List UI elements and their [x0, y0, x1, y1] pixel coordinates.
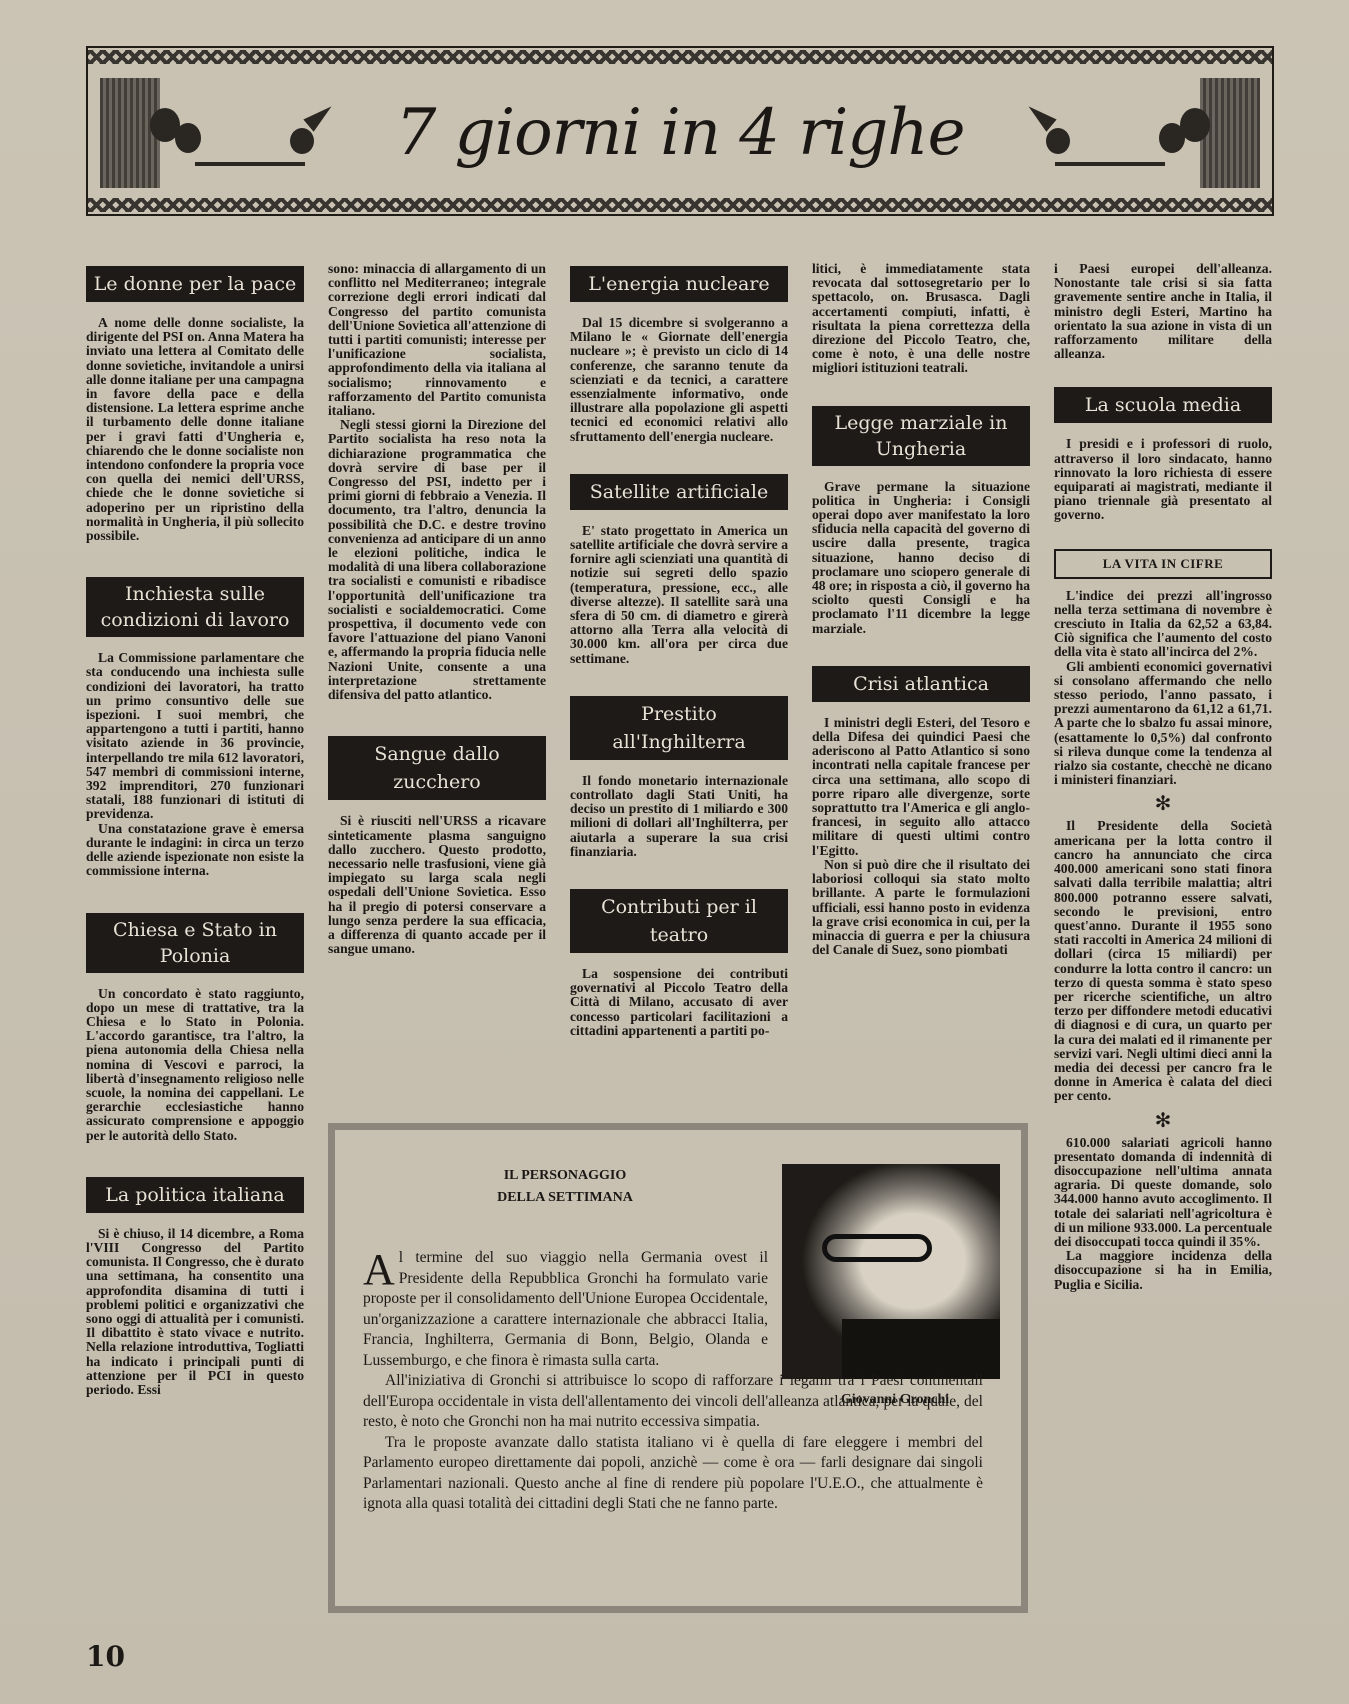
magazine-page: 7 giorni in 4 righe Le donne per la pace…: [0, 0, 1349, 1704]
article-text-continued: sono: minaccia di allargamento di un con…: [328, 262, 546, 418]
zigzag-border-top: [88, 50, 1272, 64]
article-text: A nome delle donne socialiste, la dirige…: [86, 316, 304, 543]
article-ungheria: Legge marziale in Ungheria Grave permane…: [812, 406, 1030, 636]
article-scuola: La scuola media I presidi e i professori…: [1054, 387, 1272, 522]
article-heading: Le donne per la pace: [86, 266, 304, 302]
article-text: Dal 15 dicembre si svolgeranno a Milano …: [570, 316, 788, 444]
article-sangue: Sangue dallo zucchero Si è riusciti nell…: [328, 736, 546, 956]
article-heading: Contributi per il teatro: [570, 889, 788, 953]
article-teatro: Contributi per il teatro La sospensione …: [570, 889, 788, 1038]
column-5: i Paesi europei dell'alleanza. Nonostant…: [1054, 262, 1272, 1292]
article-text-continued: litici, è immediatamente stata revocata …: [812, 262, 1030, 376]
article-donne: Le donne per la pace A nome delle donne …: [86, 266, 304, 543]
article-chiesa: Chiesa e Stato in Polonia Un concordato …: [86, 913, 304, 1143]
feature-paragraph: All'iniziativa di Gronchi si attribuisce…: [363, 1371, 983, 1433]
article-heading: Inchiesta sulle condizioni di lavoro: [86, 577, 304, 637]
article-prestito: Prestito all'Inghilterra Il fondo moneta…: [570, 696, 788, 859]
article-text: Una constatazione grave è emersa durante…: [86, 822, 304, 879]
column-2: sono: minaccia di allargamento di un con…: [328, 262, 546, 956]
article-text: I presidi e i professori di ruolo, attra…: [1054, 437, 1272, 522]
article-heading: Sangue dallo zucchero: [328, 736, 546, 800]
drop-cap: A: [363, 1252, 395, 1288]
column-1: Le donne per la pace A nome delle donne …: [86, 266, 304, 1397]
article-politica: La politica italiana Si è chiuso, il 14 …: [86, 1177, 304, 1397]
article-text: Si è riusciti nell'URSS a ricavare sinte…: [328, 814, 546, 956]
article-text: Si è chiuso, il 14 dicembre, a Roma l'VI…: [86, 1227, 304, 1397]
page-number: 10: [86, 1640, 125, 1673]
feature-paragraph: Tra le proposte avanzate dallo statista …: [363, 1433, 983, 1515]
article-heading: Crisi atlantica: [812, 666, 1030, 702]
article-text: Il Presidente della Società americana pe…: [1054, 819, 1272, 1103]
asterisk-separator-icon: ✻: [1054, 791, 1272, 815]
article-inchiesta: Inchiesta sulle condizioni di lavoro La …: [86, 577, 304, 878]
boxed-heading: LA VITA IN CIFRE: [1054, 549, 1272, 579]
article-heading: La politica italiana: [86, 1177, 304, 1213]
article-text-continued: Negli stessi giorni la Direzione del Par…: [328, 418, 546, 702]
article-text: I ministri degli Esteri, del Tesoro e de…: [812, 716, 1030, 858]
feature-title-line-2: DELLA SETTIMANA: [455, 1187, 675, 1209]
article-text: 610.000 salariati agricoli hanno present…: [1054, 1136, 1272, 1250]
article-heading: La scuola media: [1054, 387, 1272, 423]
article-text: La maggiore incidenza della disoccupazio…: [1054, 1249, 1272, 1292]
article-text-continued: i Paesi europei dell'alleanza. Nonostant…: [1054, 262, 1272, 361]
article-heading: L'energia nucleare: [570, 266, 788, 302]
article-text: E' stato progettato in America un satell…: [570, 524, 788, 666]
article-text: La sospensione dei contributi governativ…: [570, 967, 788, 1038]
article-heading: Satellite artificiale: [570, 474, 788, 510]
zigzag-border-bottom: [88, 198, 1272, 212]
article-text: Grave permane la situazione politica in …: [812, 480, 1030, 636]
feature-title: IL PERSONAGGIO DELLA SETTIMANA: [455, 1165, 675, 1209]
article-text: Gli ambienti economici governativi si co…: [1054, 660, 1272, 788]
feature-paragraph-text: l termine del suo viaggio nella Germania…: [363, 1249, 768, 1369]
trumpeter-illustration-right: [1010, 78, 1260, 188]
article-text: L'indice dei prezzi all'ingrosso nella t…: [1054, 589, 1272, 660]
article-heading: Chiesa e Stato in Polonia: [86, 913, 304, 973]
article-heading: Prestito all'Inghilterra: [570, 696, 788, 760]
article-energia: L'energia nucleare Dal 15 dicembre si sv…: [570, 266, 788, 444]
asterisk-separator-icon: ✻: [1054, 1108, 1272, 1132]
article-text: Un concordato è stato raggiunto, dopo un…: [86, 987, 304, 1143]
article-heading: Legge marziale in Ungheria: [812, 406, 1030, 466]
article-text: Non si può dire che il risultato dei lab…: [812, 858, 1030, 957]
column-3: L'energia nucleare Dal 15 dicembre si sv…: [570, 266, 788, 1038]
article-cifre: LA VITA IN CIFRE L'indice dei prezzi all…: [1054, 549, 1272, 1292]
article-text: Il fondo monetario internazionale contro…: [570, 774, 788, 859]
feature-paragraph: Al termine del suo viaggio nella Germani…: [363, 1248, 768, 1371]
article-crisi: Crisi atlantica I ministri degli Esteri,…: [812, 666, 1030, 957]
personaggio-feature-box: IL PERSONAGGIO DELLA SETTIMANA Giovanni …: [328, 1123, 1028, 1613]
feature-body: Al termine del suo viaggio nella Germani…: [363, 1248, 983, 1515]
masthead-banner: 7 giorni in 4 righe: [86, 46, 1274, 216]
feature-title-line-1: IL PERSONAGGIO: [455, 1165, 675, 1187]
article-satellite: Satellite artificiale E' stato progettat…: [570, 474, 788, 666]
column-4: litici, è immediatamente stata revocata …: [812, 262, 1030, 957]
article-text: La Commissione parlamentare che sta cond…: [86, 651, 304, 821]
